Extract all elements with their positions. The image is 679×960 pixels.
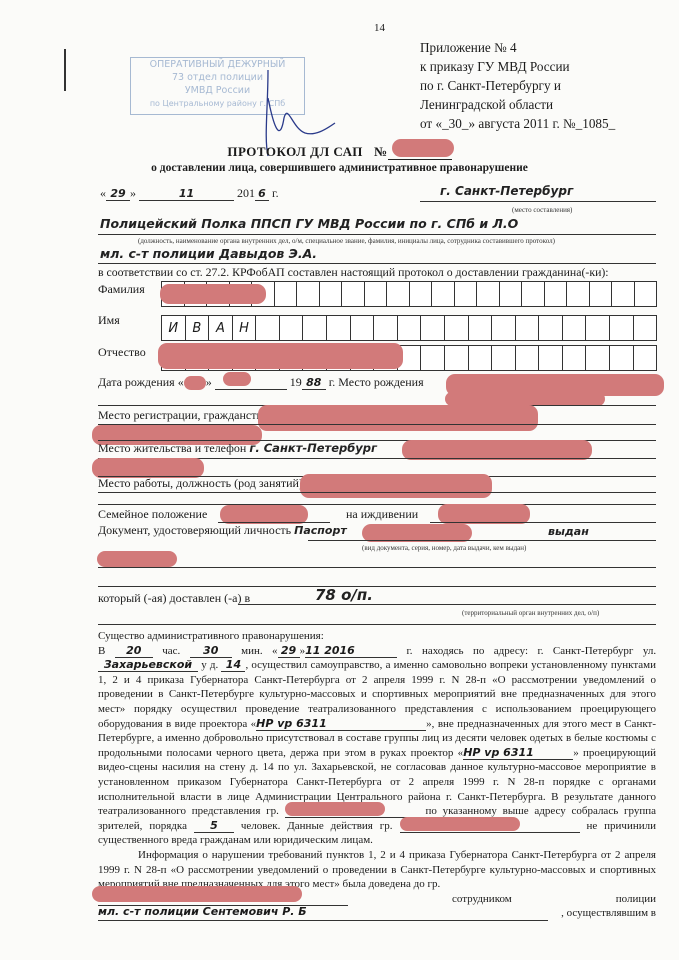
letter-cell: [567, 282, 590, 306]
date-row: «29» 11 2016 г.: [100, 186, 279, 201]
redaction: [445, 392, 605, 406]
letter-cell: [303, 316, 327, 340]
text: г. находясь по адресу: г. Санкт-Петербур…: [407, 645, 657, 657]
letter-cell: [342, 282, 365, 306]
notification-row: сотрудником полиции: [98, 892, 656, 907]
letter-cell: [635, 282, 657, 306]
divider: [98, 586, 656, 587]
letter-cell: [432, 282, 455, 306]
letter-cell: А: [209, 316, 233, 340]
letter-cell: [445, 316, 469, 340]
appendix-line: от «_30_» августа 2011 г. №_1085_: [420, 114, 615, 133]
letter-cell: [256, 316, 280, 340]
text: В: [98, 645, 105, 657]
letter-cell: [590, 282, 613, 306]
letter-cell: [410, 282, 433, 306]
birth-date-row: Дата рождения «» 1988 г. Место рождения: [98, 374, 424, 390]
delivered-value: 78 о/п.: [315, 586, 373, 604]
officer-caption: (должность, наименование органа внутренн…: [138, 237, 555, 245]
divider: [98, 504, 656, 505]
notification-officer-row: мл. с-т полиции Сентемович Р. Б , осущес…: [98, 906, 656, 921]
patronymic-label: Отчество: [98, 345, 146, 360]
letter-cell: И: [162, 316, 186, 340]
letter-cell: [387, 282, 410, 306]
letter-cell: [516, 316, 540, 340]
letter-cell: [634, 316, 657, 340]
appendix-line: к приказу ГУ МВД России: [420, 57, 615, 76]
citizen-name-field: [98, 892, 348, 906]
offense-day: 29: [278, 645, 300, 658]
letter-cell: [610, 346, 634, 370]
redaction: [300, 474, 492, 498]
delivered-caption: (территориальный орган внутренних дел, о…: [462, 609, 599, 617]
letter-cell: [586, 346, 610, 370]
redaction: [438, 504, 530, 524]
id-document-value: Паспорт: [294, 524, 347, 537]
divider: [98, 567, 656, 568]
letter-cell: [469, 316, 493, 340]
letter-cell: [297, 282, 320, 306]
issued-by: выдан: [548, 525, 589, 538]
text: сотрудником: [452, 892, 512, 907]
officer-line-2: мл. с-т полиции Давыдов Э.А.: [100, 246, 317, 261]
birth-label: Дата рождения «: [98, 375, 184, 389]
viewers-count: 5: [194, 820, 234, 833]
work-label: Место работы, должность (род занятий): [98, 476, 303, 491]
residence-row: Место жительства и телефон г. Санкт-Пете…: [98, 441, 377, 456]
letter-cell: [516, 346, 540, 370]
text: час.: [162, 645, 180, 657]
letter-cell: [610, 316, 634, 340]
redaction: [92, 458, 204, 478]
projector-model: HP vp 6311: [463, 747, 573, 760]
delivered-label: который (-ая) доставлен (-а) в: [98, 591, 250, 606]
letter-cell: [492, 316, 516, 340]
dependents-label: на иждивении: [346, 507, 418, 522]
text: мин. «: [241, 645, 277, 657]
divider: [430, 522, 656, 523]
date-month: 11: [139, 188, 234, 201]
redaction: [392, 139, 454, 157]
number-label: №: [374, 144, 388, 159]
letter-cell: [327, 316, 351, 340]
offense-hour: 20: [115, 645, 153, 658]
offense-paragraph: В 20 час. 30 мин. «29»11 2016 г. находяс…: [98, 644, 656, 848]
letter-cell: [280, 316, 304, 340]
quote: »: [130, 186, 136, 200]
divider: [98, 492, 656, 493]
date-year: 6: [255, 188, 269, 201]
appendix-line: по г. Санкт-Петербургу и: [420, 76, 615, 95]
redaction: [92, 886, 302, 902]
text: , осуществлявшим в: [561, 906, 656, 921]
letter-cell: [320, 282, 343, 306]
appendix-line: Ленинградской области: [420, 95, 615, 114]
divider: [98, 263, 656, 264]
offense-heading: Существо административного правонарушени…: [98, 629, 656, 644]
offense-minute: 30: [190, 645, 232, 658]
margin-mark: [64, 49, 66, 91]
intro-text: в соответствии со ст. 27.2. КРФобАП сост…: [98, 265, 609, 280]
offense-street: Захарьевской: [98, 659, 198, 672]
letter-cell: [455, 282, 478, 306]
letter-cell: [612, 282, 635, 306]
redaction: [160, 284, 266, 304]
residence-label: Место жительства и телефон: [98, 441, 246, 455]
protocol-number-field: [388, 143, 452, 160]
divider: [308, 540, 656, 541]
letter-cell: [421, 346, 445, 370]
name-grid: ИВАН: [161, 315, 657, 341]
redaction: [223, 372, 251, 386]
date-day: 29: [106, 188, 130, 201]
letter-cell: [522, 282, 545, 306]
redaction: [258, 405, 538, 431]
letter-cell: [365, 282, 388, 306]
notifying-officer: мл. с-т полиции Сентемович Р. Б: [98, 906, 548, 921]
birth-century: 19: [290, 375, 302, 389]
birth-month-field: [215, 374, 287, 390]
letter-cell: [351, 316, 375, 340]
letter-cell: В: [186, 316, 210, 340]
letter-cell: [445, 346, 469, 370]
projector-model: HP vp 6311: [256, 718, 426, 731]
divider: [238, 604, 656, 605]
letter-cell: [545, 282, 568, 306]
redaction: [184, 376, 206, 390]
birth-place-label: г. Место рождения: [329, 375, 424, 389]
offense-house: 14: [221, 659, 245, 672]
redaction: [400, 817, 520, 831]
id-document-caption: (вид документа, серия, номер, дата выдач…: [362, 544, 526, 552]
letter-cell: [586, 316, 610, 340]
redaction: [158, 343, 403, 369]
text: у д.: [201, 659, 218, 671]
divider: [420, 201, 656, 202]
letter-cell: [275, 282, 298, 306]
officer-line-1: Полицейский Полка ППСП ГУ МВД России по …: [100, 216, 518, 231]
divider: [98, 624, 656, 625]
appendix-reference: Приложение № 4 к приказу ГУ МВД России п…: [420, 38, 615, 133]
page-number: 14: [374, 22, 385, 34]
title-text: ПРОТОКОЛ ДЛ САП: [227, 144, 363, 159]
letter-cell: [477, 282, 500, 306]
residence-value: г. Санкт-Петербург: [249, 441, 377, 455]
registration-label: Место регистрации, гражданство: [98, 408, 268, 423]
redaction: [285, 802, 385, 816]
surname-label: Фамилия: [98, 282, 145, 297]
letter-cell: [469, 346, 493, 370]
document-subtitle: о доставлении лица, совершившего админис…: [0, 162, 679, 174]
letter-cell: [492, 346, 516, 370]
letter-cell: [634, 346, 657, 370]
offense-description: Существо административного правонарушени…: [98, 629, 656, 921]
appendix-line: Приложение № 4: [420, 38, 615, 57]
family-status-label: Семейное положение: [98, 507, 207, 522]
citizen-name-field: [400, 820, 580, 833]
redaction: [97, 551, 177, 567]
place-caption: (место составления): [512, 206, 572, 214]
name-label: Имя: [98, 313, 120, 328]
letter-cell: [421, 316, 445, 340]
year-prefix: 201: [237, 186, 255, 200]
letter-cell: Н: [233, 316, 257, 340]
text: полиции: [616, 892, 656, 907]
letter-cell: [563, 346, 587, 370]
quote: »: [206, 375, 212, 389]
text: человек. Данные действия гр.: [241, 820, 393, 832]
letter-cell: [398, 316, 422, 340]
year-unit: г.: [272, 186, 279, 200]
letter-cell: [500, 282, 523, 306]
text: Информация о нарушении требований пункто…: [98, 849, 656, 890]
letter-cell: [539, 346, 563, 370]
place-of-compilation: г. Санкт-Петербург: [440, 184, 573, 198]
letter-cell: [563, 316, 587, 340]
letter-cell: [539, 316, 563, 340]
birth-year: 88: [302, 377, 326, 390]
offense-month-year: 11 2016: [305, 645, 397, 658]
document-title: ПРОТОКОЛ ДЛ САП №: [0, 143, 679, 160]
divider: [98, 234, 656, 235]
redaction: [402, 440, 592, 460]
id-document-row: Документ, удостоверяющий личность Паспор…: [98, 523, 347, 538]
citizen-name-field: [285, 805, 420, 818]
id-document-label: Документ, удостоверяющий личность: [98, 523, 291, 537]
letter-cell: [374, 316, 398, 340]
